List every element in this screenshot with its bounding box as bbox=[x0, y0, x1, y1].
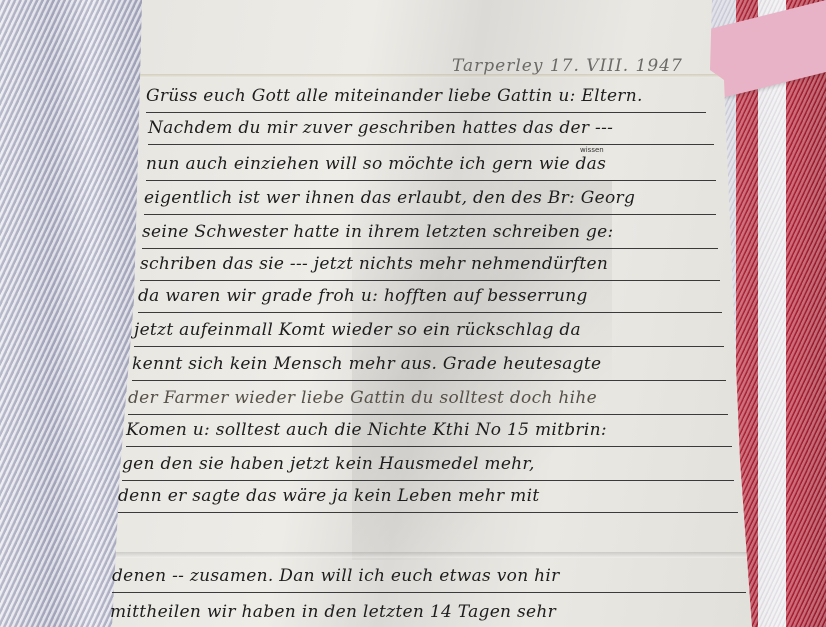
letter-line-12: gen den sie haben jetzt kein Hausmedel m… bbox=[122, 450, 734, 481]
letter-line-2: Nachdem du mir zuver geschriben hattes d… bbox=[148, 114, 714, 145]
letter-line-9: kennt sich kein Mensch mehr aus. Grade h… bbox=[132, 350, 726, 381]
letter-line-10: der Farmer wieder liebe Gattin du sollte… bbox=[128, 384, 728, 415]
letter-line-14: denen -- zusamen. Dan will ich euch etwa… bbox=[112, 562, 746, 593]
letter-place-date: Tarperley 17. VIII. 1947 bbox=[452, 56, 683, 76]
letter-line-3: nun auch einziehen will so möchte ich ge… bbox=[146, 150, 716, 181]
letter-line-5: seine Schwester hatte in ihrem letzten s… bbox=[142, 218, 718, 249]
letter-line-13: denn er sagte das wäre ja kein Leben meh… bbox=[118, 482, 738, 513]
letter-line-15: mittheilen wir haben in den letzten 14 T… bbox=[110, 598, 750, 627]
letter-line-6: schriben das sie --- jetzt nichts mehr n… bbox=[140, 250, 720, 281]
letter-line-7: da waren wir grade froh u: hofften auf b… bbox=[138, 282, 722, 313]
letter-line-4: eigentlich ist wer ihnen das erlaubt, de… bbox=[144, 184, 716, 215]
letter-line-11: Komen u: solltest auch die Nichte Kthi N… bbox=[126, 416, 732, 447]
letter-line-1: Grüss euch Gott alle miteinander liebe G… bbox=[146, 82, 706, 113]
letter-line-8: jetzt aufeinmall Komt wieder so ein rück… bbox=[134, 316, 724, 347]
